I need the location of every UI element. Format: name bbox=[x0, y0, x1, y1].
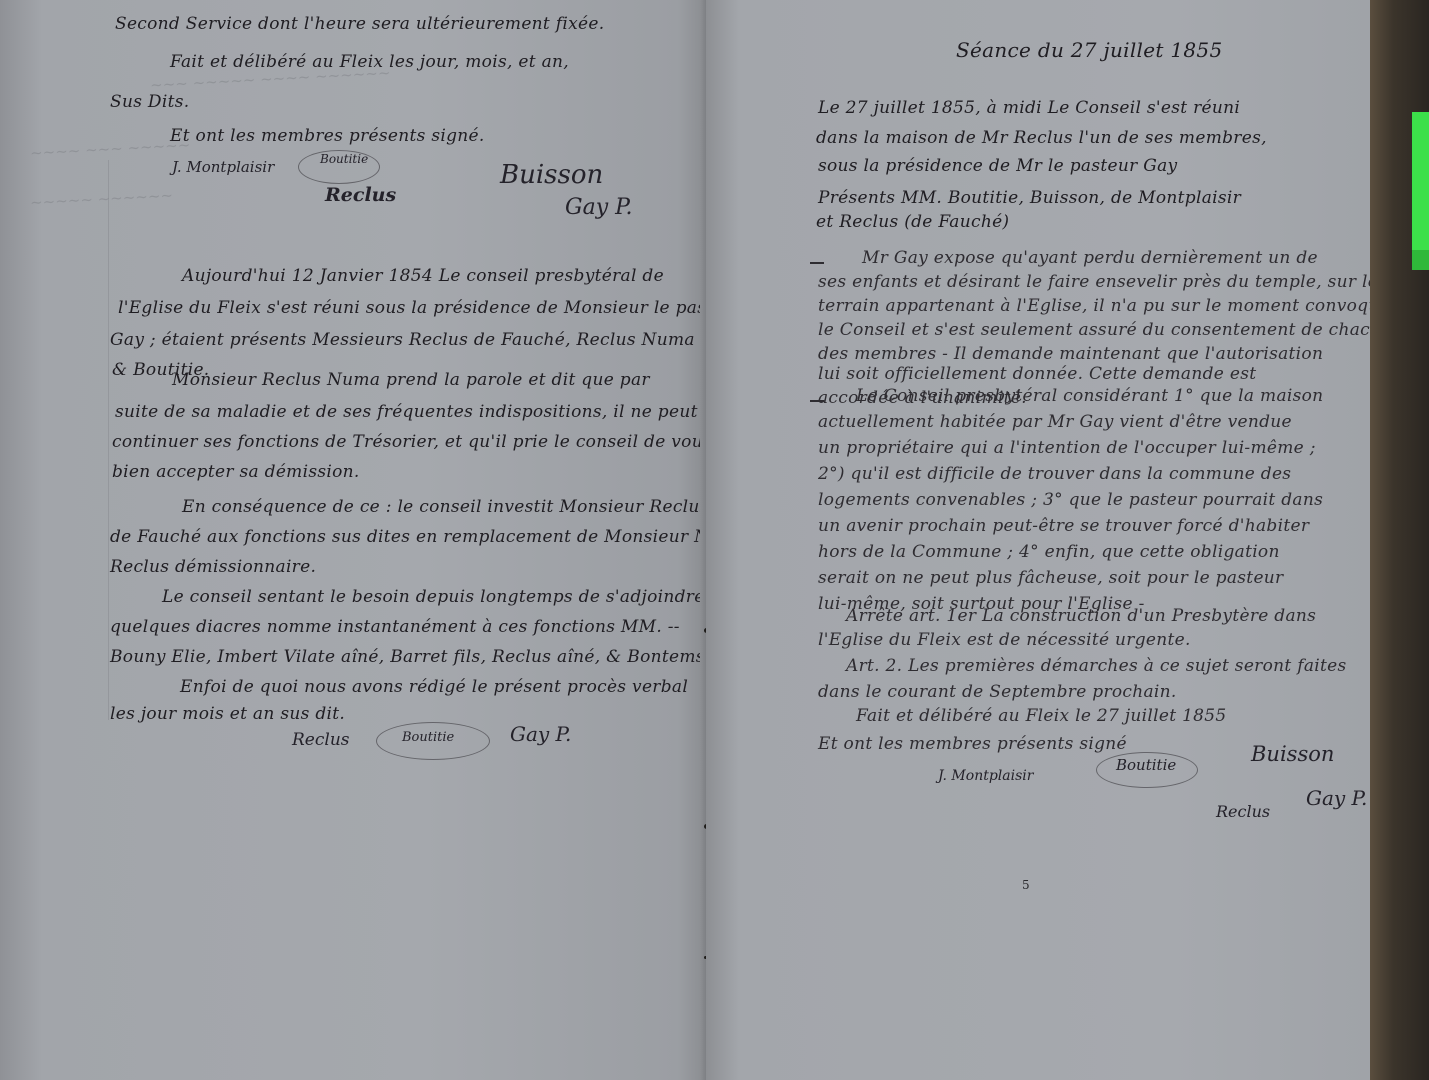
text-line: et Reclus (de Fauché) bbox=[816, 212, 1009, 232]
text-line: bien accepter sa démission. bbox=[112, 462, 360, 482]
text-line: lui soit officiellement donnée. Cette de… bbox=[818, 364, 1256, 384]
text-line: logements convenables ; 3° que le pasteu… bbox=[818, 490, 1323, 510]
text-line: ses enfants et désirant le faire ensevel… bbox=[818, 272, 1370, 292]
text-line: Le 27 juillet 1855, à midi Le Conseil s'… bbox=[818, 98, 1240, 118]
signature-montplaisir: J. Montplaisir bbox=[938, 768, 1033, 784]
text-line: serait on ne peut plus fâcheuse, soit po… bbox=[818, 568, 1283, 588]
text-line: actuellement habitée par Mr Gay vient d'… bbox=[818, 412, 1292, 432]
text-line: Et ont les membres présents signé bbox=[818, 734, 1127, 754]
signature-boutitie: Boutitie bbox=[320, 152, 368, 166]
text-line: Sus Dits. bbox=[110, 92, 189, 112]
text-line: un avenir prochain peut-être se trouver … bbox=[818, 516, 1309, 536]
left-page: ~~~ ~~~~~ ~~~~ ~~~~~~ ~~~~ ~~~ ~~~~~ ~~~… bbox=[0, 0, 706, 1080]
text-line: un propriétaire qui a l'intention de l'o… bbox=[818, 438, 1316, 458]
text-line: Et ont les membres présents signé. bbox=[170, 126, 485, 146]
text-line: quelques diacres nomme instantanément à … bbox=[110, 617, 680, 637]
open-register-book: ~~~ ~~~~~ ~~~~ ~~~~~~ ~~~~ ~~~ ~~~~~ ~~~… bbox=[0, 0, 1429, 1080]
text-line: l'Eglise du Fleix s'est réuni sous la pr… bbox=[118, 298, 706, 318]
text-line: suite de sa maladie et de ses fréquentes… bbox=[115, 402, 706, 422]
text-line: Bouny Elie, Imbert Vilate aîné, Barret f… bbox=[110, 647, 705, 667]
text-line: Reclus démissionnaire. bbox=[110, 557, 316, 577]
text-line: En conséquence de ce : le conseil invest… bbox=[182, 497, 706, 517]
session-heading: Séance du 27 juillet 1855 bbox=[956, 38, 1222, 62]
text-line: Présents MM. Boutitie, Buisson, de Montp… bbox=[818, 188, 1241, 208]
text-line: dans le courant de Septembre prochain. bbox=[818, 682, 1177, 702]
text-line: de Fauché aux fonctions sus dites en rem… bbox=[110, 527, 706, 547]
margin-mark bbox=[810, 400, 824, 402]
text-line: Enfoi de quoi nous avons rédigé le prése… bbox=[180, 677, 688, 697]
signature-buisson: Buisson bbox=[1251, 742, 1334, 766]
margin-mark bbox=[810, 262, 824, 264]
signature-buisson: Buisson bbox=[500, 160, 603, 190]
text-line: Second Service dont l'heure sera ultérie… bbox=[115, 14, 604, 34]
text-line: Fait et délibéré au Fleix le 27 juillet … bbox=[856, 706, 1227, 726]
signature-reclus: Reclus bbox=[325, 184, 396, 206]
signature-reclus: Reclus bbox=[292, 730, 350, 750]
text-line: Arrête art. 1er La construction d'un Pre… bbox=[846, 606, 1316, 626]
text-line: dans la maison de Mr Reclus l'un de ses … bbox=[816, 128, 1267, 148]
green-bookmark-tab bbox=[1412, 112, 1429, 262]
green-bookmark-tab bbox=[1412, 250, 1429, 270]
page-mark: 5 bbox=[1022, 878, 1030, 892]
text-line: Fait et délibéré au Fleix les jour, mois… bbox=[170, 52, 569, 72]
text-line: l'Eglise du Fleix est de nécessité urgen… bbox=[818, 630, 1191, 650]
bleed-through-text: ~~~~~ ~~~~~~ bbox=[30, 186, 174, 211]
text-line: Mr Gay expose qu'ayant perdu dernièremen… bbox=[862, 248, 1318, 268]
signature-gay: Gay P. bbox=[565, 195, 632, 220]
signature-reclus: Reclus bbox=[1216, 802, 1270, 821]
bleed-through-text: ~~~~ ~~~ ~~~~~ bbox=[30, 136, 191, 162]
text-line: Art. 2. Les premières démarches à ce suj… bbox=[846, 656, 1347, 676]
signature-boutitie: Boutitie bbox=[1116, 756, 1176, 774]
text-line: 2°) qu'il est difficile de trouver dans … bbox=[818, 464, 1291, 484]
signature-gay: Gay P. bbox=[510, 722, 571, 746]
text-line: Aujourd'hui 12 Janvier 1854 Le conseil p… bbox=[182, 266, 664, 286]
text-line: Monsieur Reclus Numa prend la parole et … bbox=[172, 370, 650, 390]
text-line: les jour mois et an sus dit. bbox=[110, 704, 345, 724]
text-line: continuer ses fonctions de Trésorier, et… bbox=[112, 432, 706, 452]
right-page: Séance du 27 juillet 1855 Le 27 juillet … bbox=[706, 0, 1370, 1080]
text-line: Le conseil sentant le besoin depuis long… bbox=[162, 587, 705, 607]
text-line: sous la présidence de Mr le pasteur Gay bbox=[818, 156, 1177, 176]
text-line: hors de la Commune ; 4° enfin, que cette… bbox=[818, 542, 1280, 562]
signature-boutitie: Boutitie bbox=[402, 730, 454, 745]
signature-gay: Gay P. bbox=[1306, 786, 1367, 810]
text-line: Le Conseil presbytéral considérant 1° qu… bbox=[856, 386, 1323, 406]
margin-rule bbox=[108, 160, 109, 720]
text-line: le Conseil et s'est seulement assuré du … bbox=[818, 320, 1370, 340]
text-line: Gay ; étaient présents Messieurs Reclus … bbox=[110, 330, 695, 350]
signature-montplaisir: J. Montplaisir bbox=[172, 158, 274, 176]
text-line: terrain appartenant à l'Eglise, il n'a p… bbox=[818, 296, 1370, 316]
text-line: des membres - Il demande maintenant que … bbox=[818, 344, 1323, 364]
